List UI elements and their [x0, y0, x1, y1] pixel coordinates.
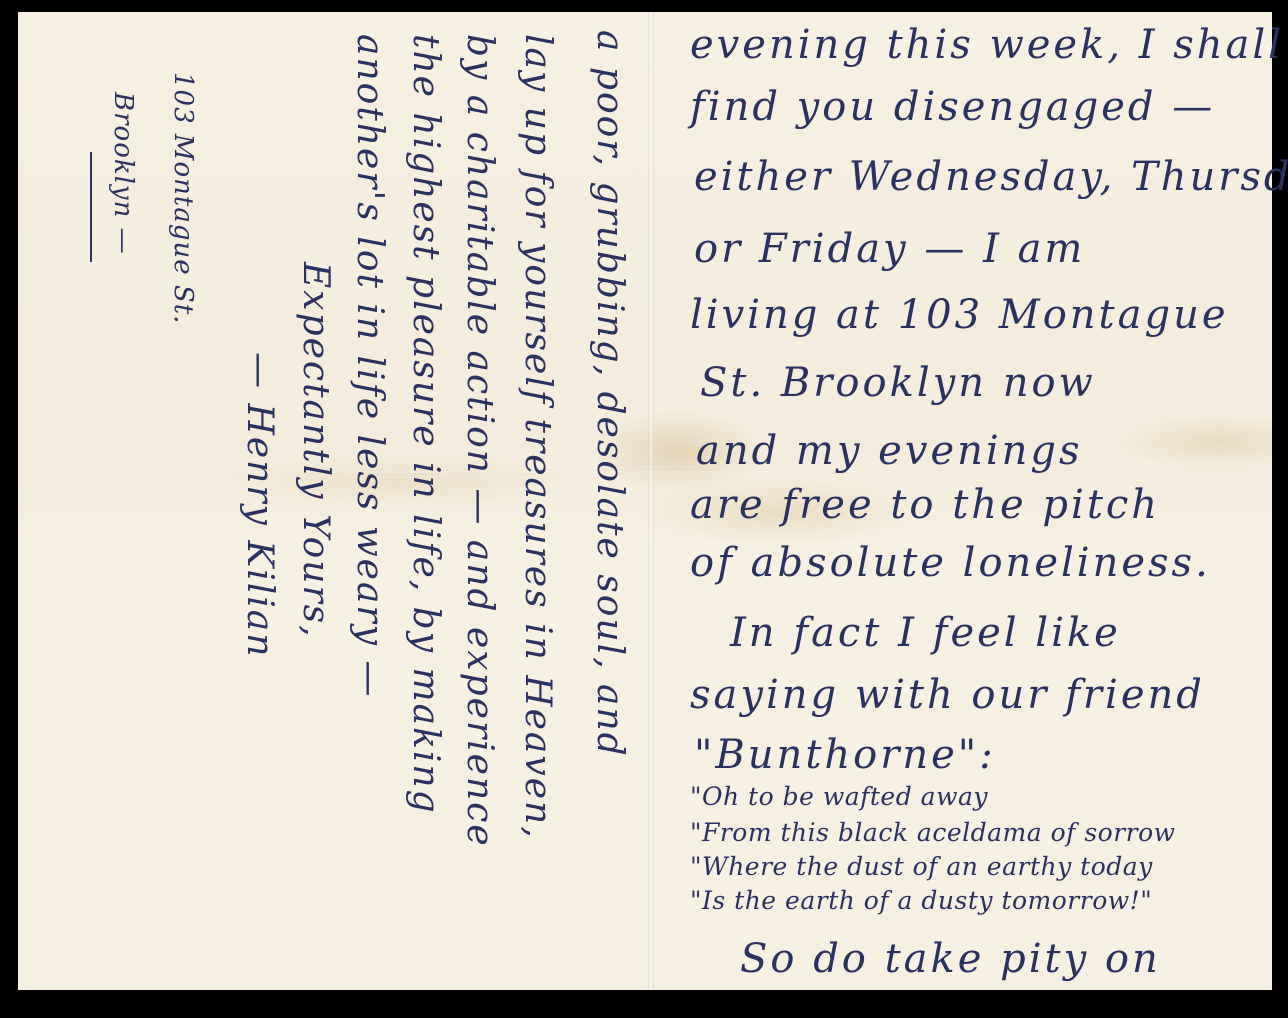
right-line-last: So do take pity on [740, 936, 1161, 982]
address-street: 103 Montague St. [168, 72, 198, 324]
right-line-8: are free to the pitch [690, 482, 1160, 528]
left-line-4: the highest pleasure in life, by making [405, 34, 446, 815]
right-line-3: either Wednesday, Thursday [694, 154, 1288, 200]
right-line-10: In fact I feel like [730, 610, 1121, 656]
right-line-5: living at 103 Montague [690, 292, 1229, 338]
right-line-2: find you disengaged — [690, 84, 1215, 130]
quote-line-4: "Is the earth of a dusty tomorrow!" [690, 886, 1152, 915]
closing-text: Expectantly Yours, [295, 262, 336, 639]
right-page: evening this week, I shall find you dise… [690, 12, 1270, 990]
right-line-11: saying with our friend [690, 672, 1205, 718]
right-line-6: St. Brooklyn now [700, 360, 1096, 406]
right-line-4: or Friday — I am [694, 226, 1085, 272]
quote-line-3: "Where the dust of an earthy today [690, 852, 1153, 881]
left-line-2: lay up for yourself treasures in Heaven, [517, 34, 558, 840]
right-line-7: and my evenings [696, 428, 1083, 474]
address-city: Brooklyn — [108, 92, 138, 255]
center-fold-crease [648, 12, 654, 990]
right-line-12: "Bunthorne": [694, 732, 996, 778]
address-underline [90, 152, 92, 262]
right-line-1: evening this week, I shall [690, 22, 1284, 68]
right-line-9: of absolute loneliness. [690, 540, 1211, 586]
quote-line-2: "From this black aceldama of sorrow [690, 818, 1176, 847]
left-line-1: a poor, grubbing, desolate soul, and [589, 30, 630, 758]
signature: — Henry Kilian [239, 352, 280, 658]
quote-line-1: "Oh to be wafted away [690, 782, 988, 811]
letter-paper: a poor, grubbing, desolate soul, and lay… [18, 12, 1272, 990]
left-line-5: another's lot in life less weary — [349, 34, 390, 698]
left-page: a poor, grubbing, desolate soul, and lay… [18, 12, 648, 990]
left-line-3: by a charitable action — and experience [459, 34, 500, 848]
